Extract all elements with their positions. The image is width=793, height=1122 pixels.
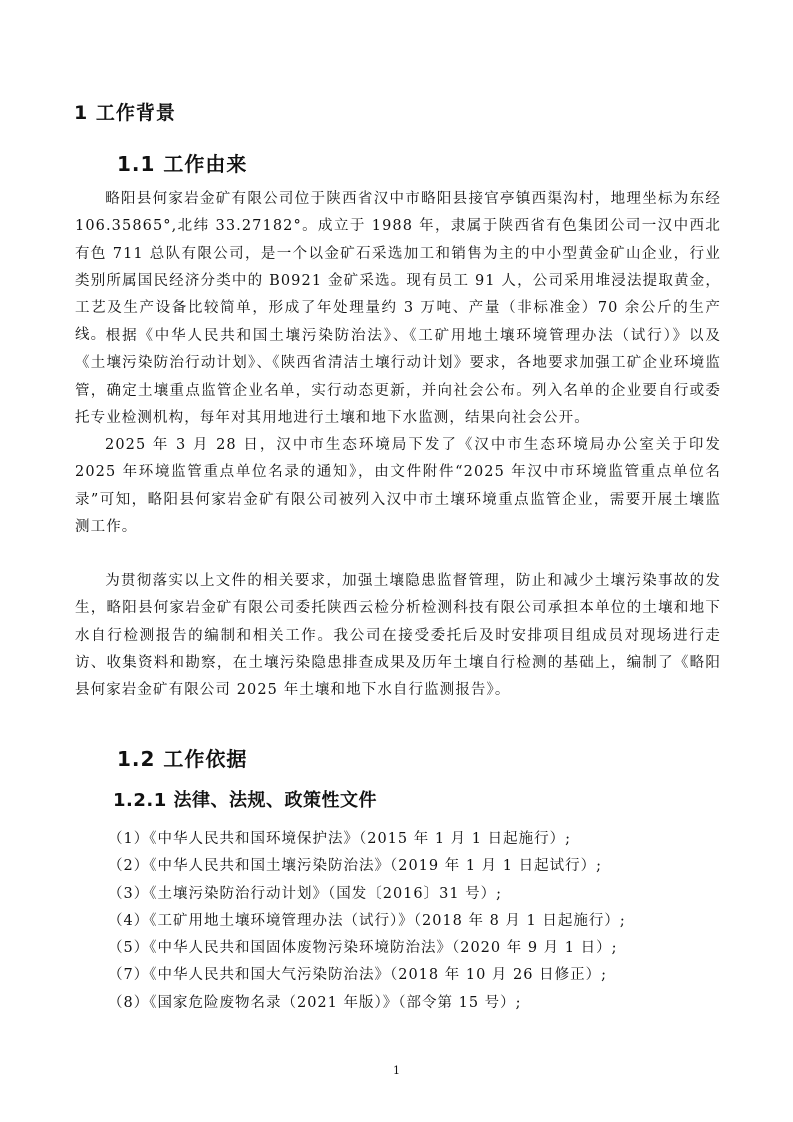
section-heading-1-2: 1.2 工作依据 (117, 743, 247, 772)
list-item: （4）《工矿用地土壤环境管理办法（试行）》（2018 年 8 月 1 日起施行）… (108, 908, 626, 935)
list-item: （2）《中华人民共和国土壤污染防治法》（2019 年 1 月 1 日起试行）; (108, 853, 626, 880)
list-item: （5）《中华人民共和国固体废物污染环境防治法》（2020 年 9 月 1 日）; (108, 935, 626, 962)
chapter-heading: 1 工作背景 (74, 98, 176, 125)
list-item: （3）《土壤污染防治行动计划》（国发〔2016〕31 号）; (108, 881, 626, 908)
list-item: （1）《中华人民共和国环境保护法》（2015 年 1 月 1 日起施行）; (108, 826, 626, 853)
page-number: 1 (393, 1064, 400, 1077)
list-item: （8）《国家危险废物名录（2021 年版）》（部令第 15 号）; (108, 990, 626, 1017)
subsection-heading-1-2-1: 1.2.1 法律、法规、政策性文件 (113, 786, 377, 812)
paragraph-4: 为贯彻落实以上文件的相关要求，加强土壤隐患监督管理，防止和减少土壤污染事故的发生… (75, 568, 721, 704)
list-item: （7）《中华人民共和国大气污染防治法》（2018 年 10 月 26 日修正）; (108, 962, 626, 989)
section-heading-1-1: 1.1 工作由来 (117, 148, 247, 177)
paragraph-2: 根据《中华人民共和国土壤污染防治法》、《工矿用地土壤环境管理办法（试行）》以及《… (75, 323, 721, 432)
document-page: 1 工作背景 1.1 工作由来 略阳县何家岩金矿有限公司位于陕西省汉中市略阳县接… (0, 0, 793, 1122)
regulation-list: （1）《中华人民共和国环境保护法》（2015 年 1 月 1 日起施行）; （2… (108, 826, 626, 1017)
paragraph-3: 2025 年 3 月 28 日，汉中市生态环境局下发了《汉中市生态环境局办公室关… (75, 432, 721, 541)
